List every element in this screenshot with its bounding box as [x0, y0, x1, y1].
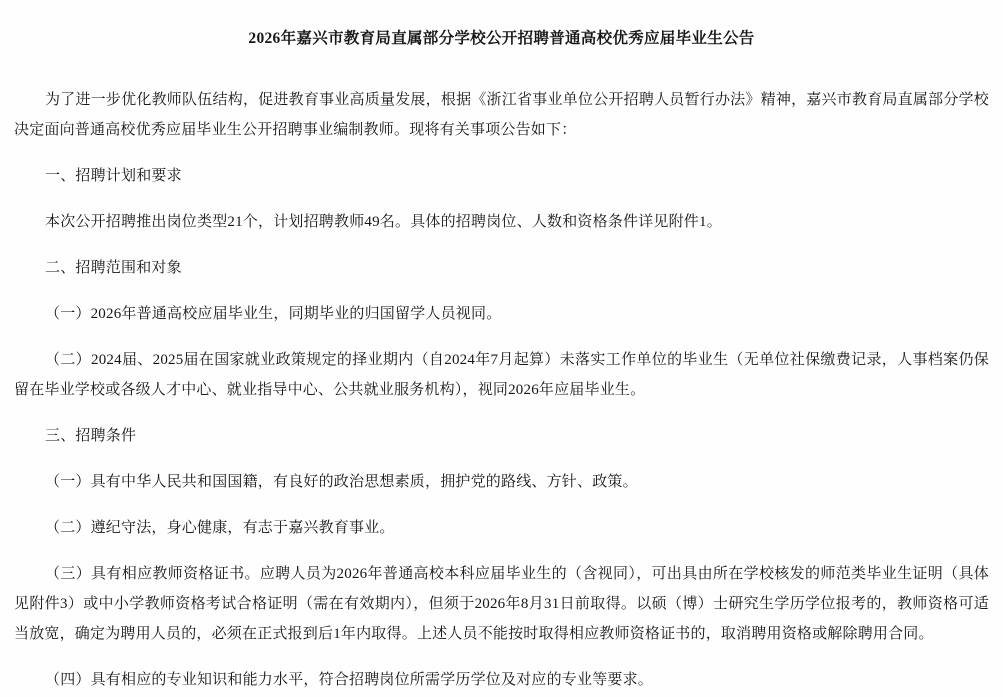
paragraph: 为了进一步优化教师队伍结构，促进教育事业高质量发展，根据《浙江省事业单位公开招聘… — [14, 85, 989, 145]
section-heading: 二、招聘范围和对象 — [14, 253, 989, 283]
section-heading: 一、招聘计划和要求 — [14, 161, 989, 191]
paragraph: （三）具有相应教师资格证书。应聘人员为2026年普通高校本科应届毕业生的（含视同… — [14, 559, 989, 649]
paragraph: （二）2024届、2025届在国家就业政策规定的择业期内（自2024年7月起算）… — [14, 345, 989, 405]
paragraph: （一）具有中华人民共和国国籍，有良好的政治思想素质，拥护党的路线、方针、政策。 — [14, 467, 989, 497]
paragraph: （二）遵纪守法，身心健康，有志于嘉兴教育事业。 — [14, 513, 989, 543]
announcement-document: 2026年嘉兴市教育局直属部分学校公开招聘普通高校优秀应届毕业生公告 为了进一步… — [0, 0, 1003, 697]
paragraph: （四）具有相应的专业知识和能力水平，符合招聘岗位所需学历学位及对应的专业等要求。 — [14, 665, 989, 695]
document-body: 为了进一步优化教师队伍结构，促进教育事业高质量发展，根据《浙江省事业单位公开招聘… — [14, 85, 989, 695]
paragraph: （一）2026年普通高校应届毕业生，同期毕业的归国留学人员视同。 — [14, 299, 989, 329]
paragraph: 本次公开招聘推出岗位类型21个，计划招聘教师49名。具体的招聘岗位、人数和资格条… — [14, 207, 989, 237]
section-heading: 三、招聘条件 — [14, 421, 989, 451]
doc-title: 2026年嘉兴市教育局直属部分学校公开招聘普通高校优秀应届毕业生公告 — [14, 28, 989, 50]
